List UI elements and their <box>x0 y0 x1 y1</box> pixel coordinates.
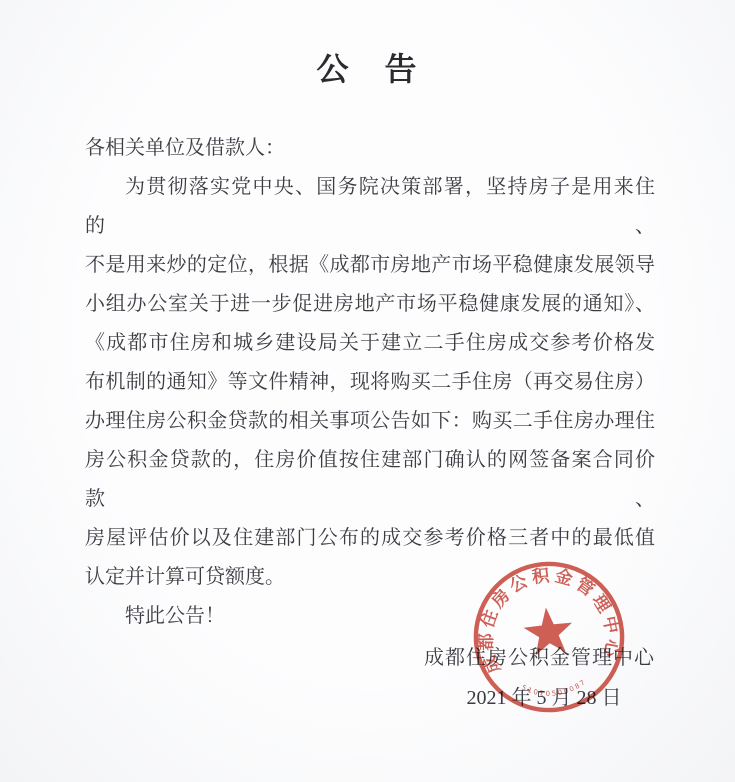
body-line: 房屋评估价以及住建部门公布的成交参考价格三者中的最低值 <box>85 519 655 558</box>
document-body: 为贯彻落实党中央、国务院决策部署，坚持房子是用来住的、 不是用来炒的定位，根据《… <box>85 168 655 636</box>
body-line: 布机制的通知》等文件精神，现将购买二手住房（再交易住房） <box>85 363 655 402</box>
body-line: 房公积金贷款的，住房价值按住建部门确认的网签备案合同价款、 <box>85 441 655 519</box>
closing-phrase: 特此公告！ <box>85 597 655 636</box>
body-line: 《成都市住房和城乡建设局关于建立二手住房成交参考价格发 <box>85 324 655 363</box>
body-line: 小组办公室关于进一步促进房地产市场平稳健康发展的通知》、 <box>85 285 655 324</box>
announcement-document: 公 告 各相关单位及借款人： 为贯彻落实党中央、国务院决策部署，坚持房子是用来住… <box>0 0 735 782</box>
body-line: 办理住房公积金贷款的相关事项公告如下：购买二手住房办理住 <box>85 402 655 441</box>
salutation: 各相关单位及借款人： <box>85 131 285 160</box>
body-line: 认定并计算可贷额度。 <box>85 558 655 597</box>
document-title: 公 告 <box>0 44 735 90</box>
body-line: 为贯彻落实党中央、国务院决策部署，坚持房子是用来住的、 <box>85 168 655 246</box>
signature-org: 成都住房公积金管理中心 <box>424 641 655 670</box>
signature-date: 2021 年 5 月 28 日 <box>433 681 655 710</box>
body-line: 不是用来炒的定位，根据《成都市房地产市场平稳健康发展领导 <box>85 246 655 285</box>
